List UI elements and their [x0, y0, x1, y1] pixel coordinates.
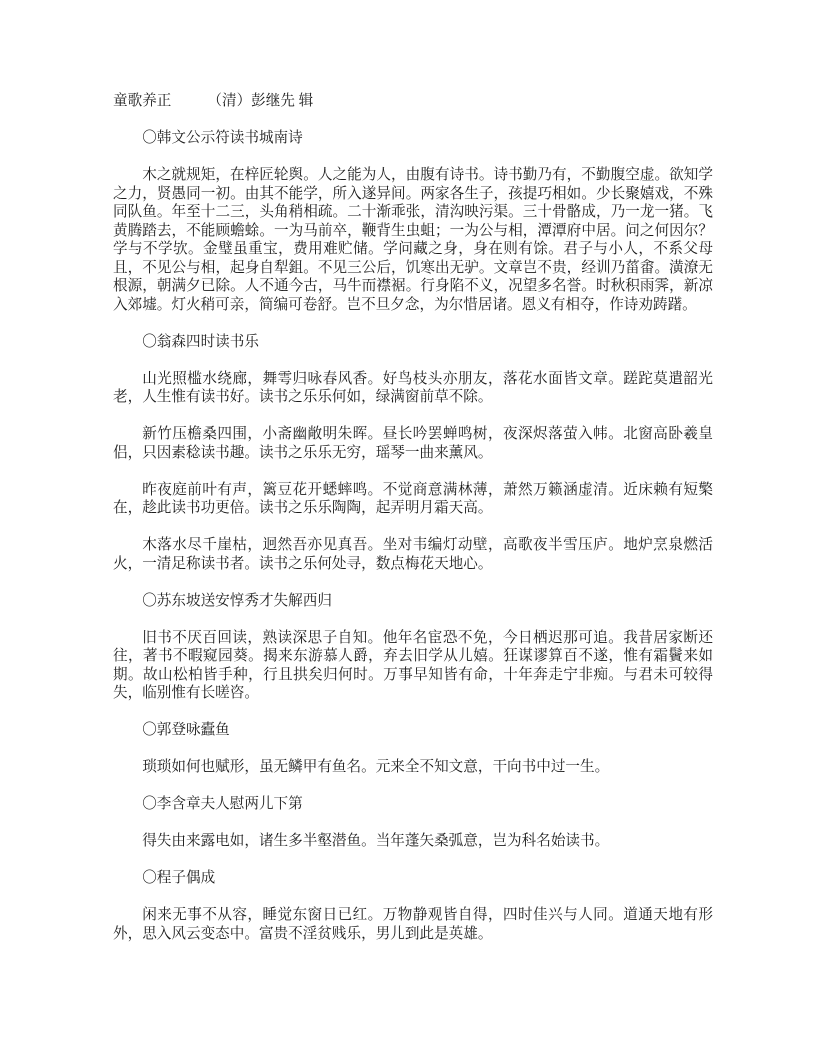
- paragraph: 新竹压檐桑四围，小斋幽敞明朱晖。昼长吟罢蝉鸣树，夜深烬落萤入帏。北窗高卧羲皇侣，…: [113, 425, 713, 462]
- title-line: 童歌养正（清）彭继先 辑: [113, 92, 713, 111]
- section-heading-han-wen-gong: 〇韩文公示符读书城南诗: [113, 129, 713, 148]
- paragraph: 山光照槛水绕廊，舞雩归咏春风香。好鸟枝头亦朋友，落花水面皆文章。蹉跎莫遣韶光老，…: [113, 370, 713, 407]
- section-heading-guo-deng: 〇郭登咏蠹鱼: [113, 721, 713, 740]
- paragraph: 木落水尽千崖枯，迥然吾亦见真吾。坐对韦编灯动壁，高歌夜半雪压庐。地炉烹泉燃活火，…: [113, 536, 713, 573]
- paragraph: 昨夜庭前叶有声，篱豆花开蟋蟀鸣。不觉商意满林薄，萧然万籁涵虚清。近床赖有短檠在，…: [113, 481, 713, 518]
- document-title: 童歌养正: [113, 93, 171, 109]
- section-heading-li-han-zhang: 〇李含章夫人慰两儿下第: [113, 795, 713, 814]
- document-content: 童歌养正（清）彭继先 辑 〇韩文公示符读书城南诗 木之就规矩，在梓匠轮舆。人之能…: [113, 92, 713, 962]
- document-author: （清）彭继先 辑: [207, 93, 313, 109]
- section-heading-cheng-zi: 〇程子偶成: [113, 869, 713, 888]
- section-heading-weng-sen: 〇翁森四时读书乐: [113, 333, 713, 352]
- paragraph: 旧书不厌百回读，熟读深思子自知。他年名宦恐不免，今日栖迟那可追。我昔居家断还往，…: [113, 629, 713, 703]
- paragraph: 木之就规矩，在梓匠轮舆。人之能为人，由腹有诗书。诗书勤乃有，不勤腹空虚。欲知学之…: [113, 166, 713, 314]
- document-page: 童歌养正（清）彭继先 辑 〇韩文公示符读书城南诗 木之就规矩，在梓匠轮舆。人之能…: [0, 0, 816, 1056]
- paragraph: 闲来无事不从容，睡觉东窗日已红。万物静观皆自得，四时佳兴与人同。道通天地有形外，…: [113, 906, 713, 943]
- paragraph: 琐琐如何也赋形，虽无鳞甲有鱼名。元来全不知文意，干向书中过一生。: [113, 758, 713, 777]
- paragraph: 得失由来露电如，诸生多半壑潜鱼。当年蓬矢桑弧意，岂为科名始读书。: [113, 832, 713, 851]
- section-heading-su-dong-po: 〇苏东坡送安惇秀才失解西归: [113, 592, 713, 611]
